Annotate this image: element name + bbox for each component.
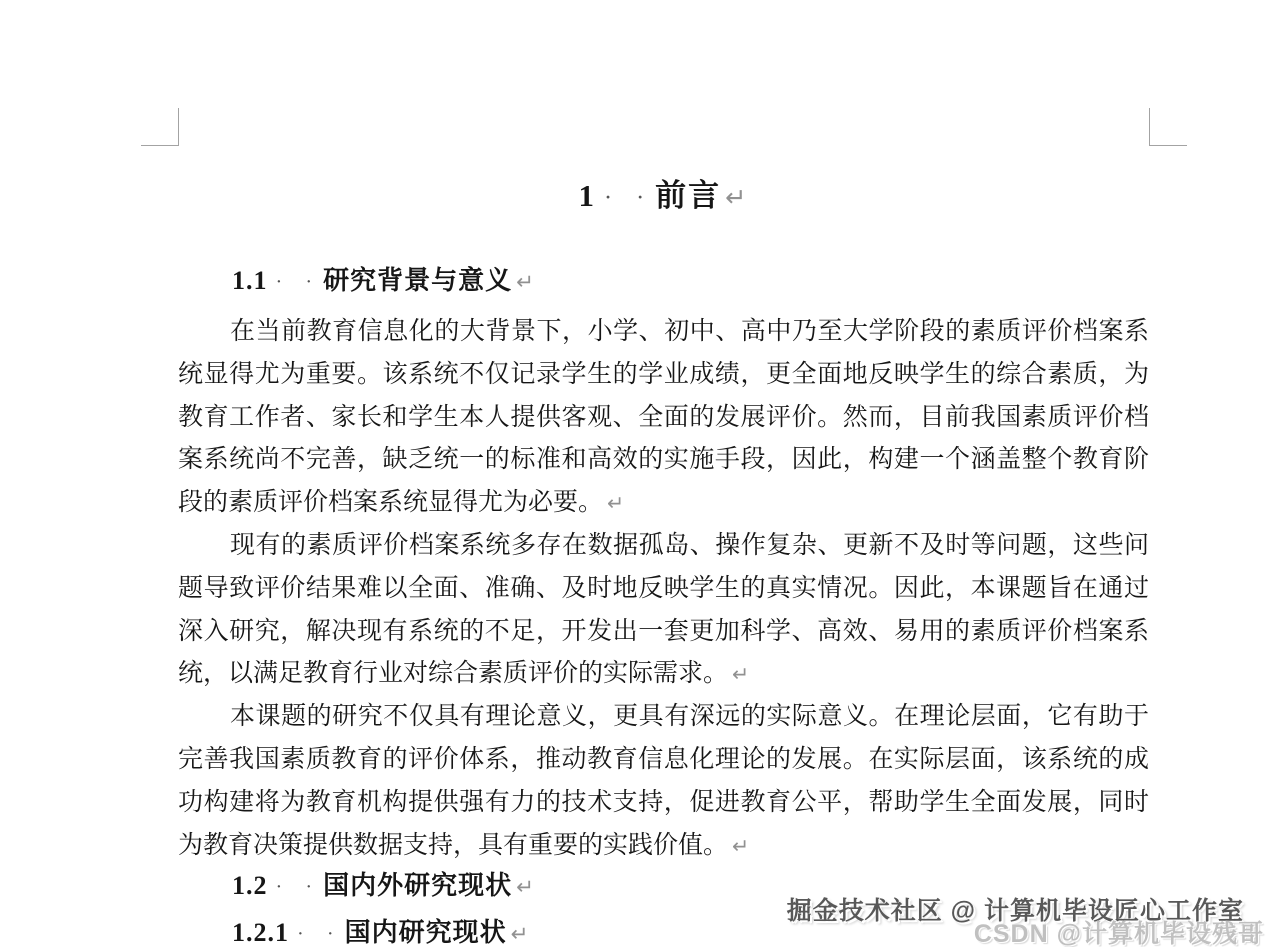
text-line[interactable]: 完善我国素质教育的评价体系，推动教育信息化理论的发展。在实际层面，该系统的成 (178, 739, 1149, 782)
text-line[interactable]: 统，以满足教育行业对综合素质评价的实际需求。↵ (178, 653, 1149, 696)
text-line[interactable]: 统显得尤为重要。该系统不仅记录学生的学业成绩，更全面地反映学生的综合素质，为 (178, 354, 1149, 397)
text-line-content: 统，以满足教育行业对综合素质评价的实际需求。 (178, 660, 728, 687)
text-line[interactable]: 在当前教育信息化的大背景下，小学、初中、高中乃至大学阶段的素质评价档案系 (178, 311, 1149, 354)
paragraph-2[interactable]: 现有的素质评价档案系统多存在数据孤岛、操作复杂、更新不及时等问题，这些问 题导致… (178, 525, 1149, 696)
heading-text: 国内研究现状 (345, 918, 507, 947)
paragraph-3[interactable]: 本课题的研究不仅具有理论意义，更具有深远的实际意义。在理论层面，它有助于 完善我… (178, 696, 1149, 867)
heading-number: 1.2 (232, 871, 268, 900)
chapter-title-text: 前言 (655, 178, 721, 213)
text-line[interactable]: 题导致评价结果难以全面、准确、及时地反映学生的真实情况。因此，本课题旨在通过 (178, 568, 1149, 611)
text-line[interactable]: 段的素质评价档案系统显得尤为必要。↵ (178, 482, 1149, 525)
heading-1-2[interactable]: 1.2· ·国内外研究现状↵ (178, 870, 1149, 904)
text-line-content: 为教育决策提供数据支持，具有重要的实践价值。 (178, 832, 728, 859)
paragraph-1[interactable]: 在当前教育信息化的大背景下，小学、初中、高中乃至大学阶段的素质评价档案系 统显得… (178, 311, 1149, 525)
paragraph-return-icon: ↵ (725, 182, 748, 212)
document-text-area[interactable]: 1· ·前言↵ 1.1· ·研究背景与意义↵ 在当前教育信息化的大背景下，小学、… (178, 145, 1149, 947)
paragraph-return-icon: ↵ (732, 834, 749, 858)
space-formatting-marks-icon: · · (604, 184, 653, 211)
space-formatting-marks-icon: · · (276, 271, 322, 293)
paragraph-return-icon: ↵ (516, 875, 535, 900)
text-line[interactable]: 案系统尚不完善，缺乏统一的标准和高效的实施手段，因此，构建一个涵盖整个教育阶 (178, 439, 1149, 482)
text-line[interactable]: 教育工作者、家长和学生本人提供客观、全面的发展评价。然而，目前我国素质评价档 (178, 397, 1149, 440)
text-line[interactable]: 本课题的研究不仅具有理论意义，更具有深远的实际意义。在理论层面，它有助于 (178, 696, 1149, 739)
margin-crop-mark-top-left-icon (141, 108, 179, 146)
space-formatting-marks-icon: · · (276, 876, 322, 898)
heading-text: 国内外研究现状 (323, 871, 512, 900)
heading-text: 研究背景与意义 (323, 266, 512, 295)
heading-number: 1.1 (232, 266, 268, 295)
heading-1-1[interactable]: 1.1· ·研究背景与意义↵ (178, 265, 1149, 299)
heading-number: 1.2.1 (232, 918, 289, 947)
paragraph-return-icon: ↵ (511, 922, 530, 947)
chapter-title[interactable]: 1· ·前言↵ (178, 175, 1149, 219)
chapter-number: 1 (579, 178, 597, 213)
text-line[interactable]: 功构建将为教育机构提供强有力的技术支持，促进教育公平，帮助学生全面发展，同时 (178, 782, 1149, 825)
text-line-content: 段的素质评价档案系统显得尤为必要。 (178, 489, 603, 516)
margin-crop-mark-top-right-icon (1149, 108, 1187, 146)
paragraph-return-icon: ↵ (732, 662, 749, 686)
paragraph-return-icon: ↵ (607, 491, 624, 515)
text-line[interactable]: 深入研究，解决现有系统的不足，开发出一套更加科学、高效、易用的素质评价档案系 (178, 611, 1149, 654)
paragraph-return-icon: ↵ (516, 270, 535, 295)
heading-1-2-1[interactable]: 1.2.1· ·国内研究现状↵ (178, 917, 1149, 947)
text-line[interactable]: 现有的素质评价档案系统多存在数据孤岛、操作复杂、更新不及时等问题，这些问 (178, 525, 1149, 568)
text-line[interactable]: 为教育决策提供数据支持，具有重要的实践价值。↵ (178, 825, 1149, 868)
space-formatting-marks-icon: · · (297, 923, 343, 945)
